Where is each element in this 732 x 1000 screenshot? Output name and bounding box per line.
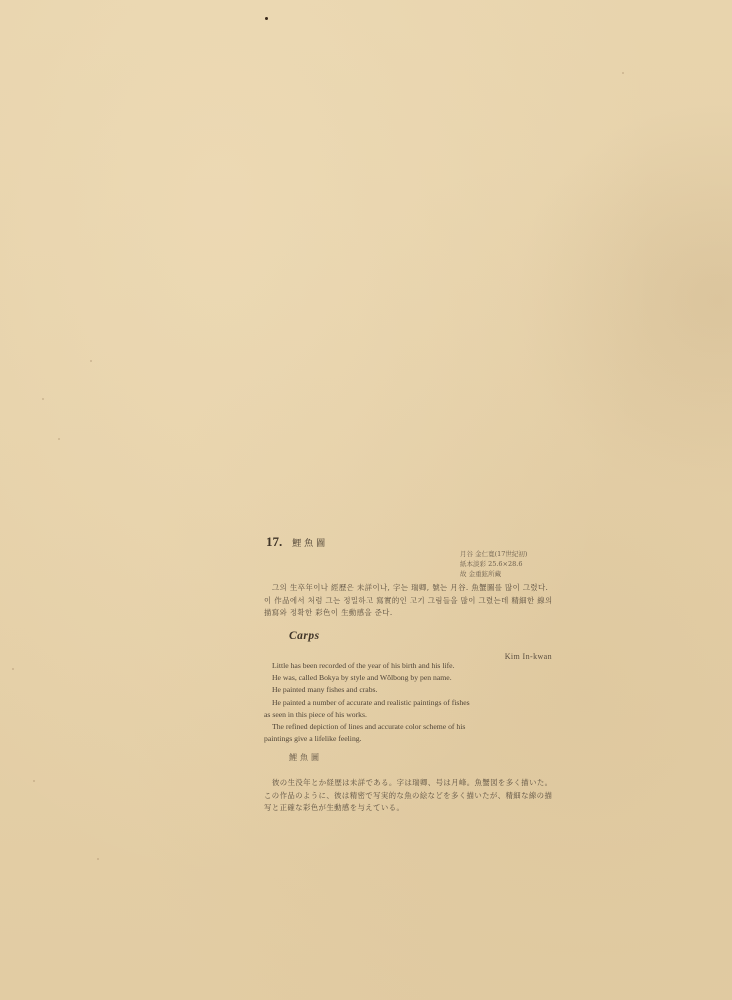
entry-title: 鯉魚圖 xyxy=(292,539,328,549)
entry-number: 17. xyxy=(266,534,282,549)
paper-fleck xyxy=(42,398,44,400)
japanese-description: 彼の生没年とか経歴は未詳である。字は瑞卿、号は月峰。魚蟹図を多く描いた。この作品… xyxy=(264,777,556,815)
medium-size-line: 紙本淡彩 25.6×28.6 xyxy=(460,559,552,569)
paper-speck xyxy=(265,17,268,20)
artist-line: 月谷 金仁寬(17世紀初) xyxy=(460,549,552,559)
english-line: He painted many fishes and crabs. xyxy=(264,684,559,696)
paper-fleck xyxy=(97,858,99,860)
japanese-title: 鯉魚圖 xyxy=(289,752,322,763)
english-title: Carps xyxy=(289,630,320,642)
paper-fleck xyxy=(12,668,14,670)
korean-description: 그의 生卒年이나 經歷은 未詳이나, 字는 瑞卿, 號는 月谷. 魚蟹圖를 많이… xyxy=(264,582,556,620)
entry-heading: 17. 鯉魚圖 xyxy=(266,534,328,550)
english-line: as seen in this piece of his works. xyxy=(264,709,559,721)
english-line: Little has been recorded of the year of … xyxy=(264,660,559,672)
english-line: He painted a number of accurate and real… xyxy=(264,697,559,709)
collection-line: 故 金重鉉所藏 xyxy=(460,569,552,579)
paper-fleck xyxy=(622,72,624,74)
english-line: The refined depiction of lines and accur… xyxy=(264,721,559,733)
english-line: paintings give a lifelike feeling. xyxy=(264,733,559,745)
artwork-metadata: 月谷 金仁寬(17世紀初) 紙本淡彩 25.6×28.6 故 金重鉉所藏 xyxy=(460,549,552,579)
english-line: He was, called Bokya by style and Wŏlbon… xyxy=(264,672,559,684)
paper-fleck xyxy=(33,780,35,782)
english-description: Little has been recorded of the year of … xyxy=(264,660,559,745)
paper-fleck xyxy=(90,360,92,362)
paper-fleck xyxy=(58,438,60,440)
